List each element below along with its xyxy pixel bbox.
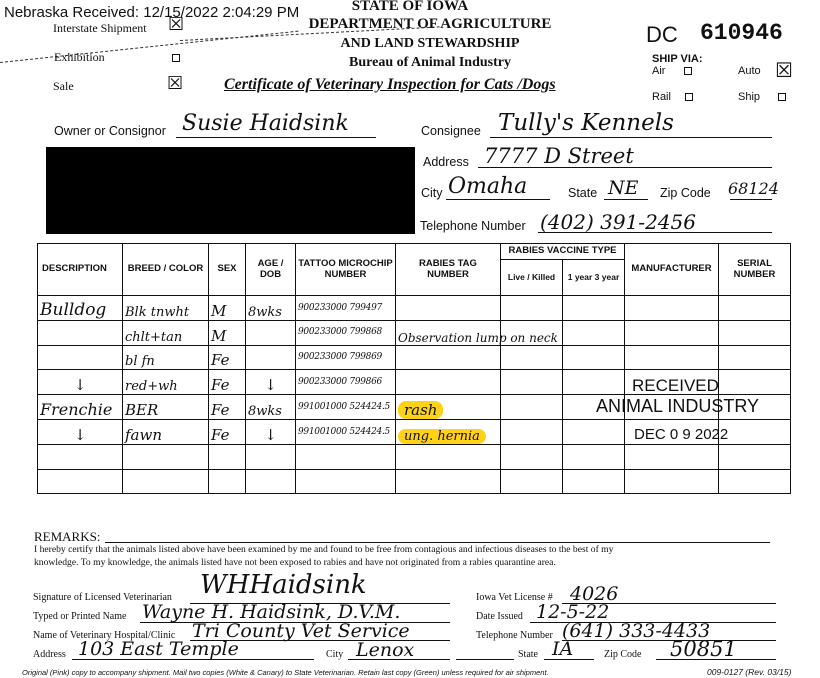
ship-auto-label: Auto bbox=[738, 65, 761, 77]
cell-microchip[interactable] bbox=[296, 444, 396, 469]
cell-microchip[interactable]: 991001000 524424.5 bbox=[296, 395, 396, 420]
cell-microchip[interactable] bbox=[296, 469, 396, 494]
cell-live-killed[interactable] bbox=[501, 296, 563, 321]
cell-age[interactable] bbox=[246, 444, 296, 469]
highlighted-note: rash bbox=[398, 401, 443, 419]
cell-serial[interactable] bbox=[719, 419, 791, 444]
consignee-city-label: City bbox=[421, 186, 443, 200]
vet-state-prefix-line bbox=[456, 659, 514, 660]
table-row: bl fn Fe 900233000 799869 bbox=[38, 345, 791, 370]
sale-checkbox[interactable]: ☒ bbox=[167, 75, 183, 93]
cell-rabies-tag[interactable] bbox=[396, 469, 501, 494]
state-title: STATE OF IOWA bbox=[330, 0, 490, 15]
consignee-zip-value[interactable]: 68124 bbox=[728, 181, 779, 197]
vet-address-value[interactable]: 103 East Temple bbox=[78, 640, 239, 659]
consignee-state-label: State bbox=[568, 186, 597, 200]
header-manufacturer: MANUFACTURER bbox=[625, 244, 719, 296]
document-number: 610946 bbox=[700, 20, 783, 46]
vet-state-value[interactable]: IA bbox=[552, 640, 573, 659]
cell-age[interactable] bbox=[246, 345, 296, 370]
cell-age[interactable] bbox=[246, 469, 296, 494]
consignee-field-line bbox=[490, 137, 772, 138]
consignee-zip-label: Zip Code bbox=[660, 186, 711, 200]
sale-label: Sale bbox=[53, 79, 74, 94]
vet-zip-value[interactable]: 50851 bbox=[670, 639, 737, 660]
exhibition-label: Exhibition bbox=[54, 50, 105, 65]
received-stamp-line-1: RECEIVED bbox=[632, 376, 719, 396]
cell-sex[interactable]: M bbox=[209, 296, 246, 321]
signature-value[interactable]: WHHaidsink bbox=[200, 572, 367, 598]
cell-live-killed[interactable] bbox=[501, 370, 563, 395]
cell-serial[interactable] bbox=[719, 444, 791, 469]
certification-text-line-1: I hereby certify that the animals listed… bbox=[34, 544, 613, 557]
animal-table: DESCRIPTION BREED / COLOR SEX AGE / DOB … bbox=[37, 243, 791, 494]
document-prefix: DC bbox=[646, 22, 678, 48]
cell-age[interactable]: ↓ bbox=[246, 419, 296, 444]
owner-label: Owner or Consignor bbox=[54, 124, 166, 138]
interstate-shipment-checkbox[interactable]: ☒ bbox=[168, 16, 184, 34]
cell-microchip[interactable]: 900233000 799869 bbox=[296, 345, 396, 370]
cell-breed-color[interactable]: Blk tnwht bbox=[123, 296, 209, 321]
cell-rabies-tag[interactable]: rash bbox=[396, 395, 501, 420]
cell-microchip[interactable]: 900233000 799497 bbox=[296, 296, 396, 321]
vet-city-label: City bbox=[326, 649, 343, 660]
cell-description[interactable] bbox=[38, 469, 123, 494]
cell-rabies-tag[interactable]: ung. hernia bbox=[396, 419, 501, 444]
received-stamp-date: DEC 0 9 2022 bbox=[634, 426, 728, 443]
cell-microchip[interactable]: 991001000 524424.5 bbox=[296, 419, 396, 444]
consignee-city-value[interactable]: Omaha bbox=[448, 176, 527, 198]
table-row: chlt+tan M 900233000 799868 Observation … bbox=[38, 320, 791, 345]
consignee-state-value[interactable]: NE bbox=[608, 179, 639, 198]
fax-received-timestamp: Nebraska Received: 12/15/2022 2:04:29 PM bbox=[4, 4, 299, 21]
cell-rabies-tag[interactable] bbox=[396, 370, 501, 395]
cell-serial[interactable] bbox=[719, 370, 791, 395]
interstate-shipment-label: Interstate Shipment bbox=[53, 21, 147, 36]
consignee-value[interactable]: Tully's Kennels bbox=[498, 112, 674, 135]
cell-sex[interactable]: M bbox=[209, 320, 246, 345]
cell-vaccine-year[interactable] bbox=[563, 370, 625, 395]
cell-rabies-tag[interactable]: Observation lump on neck bbox=[396, 320, 501, 345]
owner-field-line bbox=[176, 137, 376, 138]
vet-address-label: Address bbox=[33, 649, 66, 660]
cell-rabies-tag[interactable] bbox=[396, 296, 501, 321]
vet-zip-label: Zip Code bbox=[604, 649, 642, 660]
cell-live-killed[interactable] bbox=[501, 469, 563, 494]
cell-sex[interactable]: Fe bbox=[209, 419, 246, 444]
cell-breed-color[interactable]: fawn bbox=[123, 419, 209, 444]
header-sex: SEX bbox=[209, 244, 246, 296]
cell-live-killed[interactable] bbox=[501, 444, 563, 469]
cell-vaccine-year[interactable] bbox=[563, 320, 625, 345]
cell-serial[interactable] bbox=[719, 296, 791, 321]
cell-manufacturer[interactable] bbox=[625, 345, 719, 370]
received-stamp-line-2: ANIMAL INDUSTRY bbox=[596, 396, 759, 417]
header-breed-color: BREED / COLOR bbox=[123, 244, 209, 296]
date-issued-label: Date Issued bbox=[476, 611, 523, 622]
cell-vaccine-year[interactable] bbox=[563, 296, 625, 321]
cell-description[interactable]: ↓ bbox=[38, 370, 123, 395]
printed-name-label: Typed or Printed Name bbox=[33, 611, 126, 622]
cell-breed-color[interactable] bbox=[123, 469, 209, 494]
cell-live-killed[interactable] bbox=[501, 395, 563, 420]
cell-vaccine-year[interactable] bbox=[563, 345, 625, 370]
table-row: Bulldog Blk tnwht M 8wks 900233000 79949… bbox=[38, 296, 791, 321]
ship-rail-checkbox[interactable] bbox=[685, 93, 693, 101]
consignee-state-line bbox=[604, 199, 648, 200]
cell-rabies-tag[interactable] bbox=[396, 444, 501, 469]
ship-air-label: Air bbox=[652, 65, 665, 77]
vet-phone-label: Telephone Number bbox=[476, 630, 553, 641]
cell-sex[interactable] bbox=[209, 444, 246, 469]
cell-description[interactable]: ↓ bbox=[38, 419, 123, 444]
cell-vaccine-year[interactable] bbox=[563, 469, 625, 494]
header-vaccine-year: 1 year 3 year bbox=[563, 260, 625, 296]
highlighted-note: ung. hernia bbox=[398, 429, 486, 444]
table-row bbox=[38, 444, 791, 469]
consignee-address-label: Address bbox=[423, 155, 469, 169]
header-description: DESCRIPTION bbox=[38, 244, 123, 296]
cell-breed-color[interactable] bbox=[123, 444, 209, 469]
header-rabies-vaccine-type: RABIES VACCINE TYPE bbox=[501, 244, 625, 260]
vet-state-label: State bbox=[518, 649, 538, 660]
consignee-phone-label: Telephone Number bbox=[420, 219, 526, 233]
cell-serial[interactable] bbox=[719, 320, 791, 345]
cell-breed-color[interactable]: BER bbox=[123, 395, 209, 420]
cell-sex[interactable]: Fe bbox=[209, 345, 246, 370]
header-serial-number: SERIAL NUMBER bbox=[719, 244, 791, 296]
department-line-1: DEPARTMENT OF AGRICULTURE bbox=[280, 16, 580, 33]
remarks-line bbox=[105, 542, 770, 543]
cell-vaccine-year[interactable] bbox=[563, 444, 625, 469]
consignee-zip-line bbox=[730, 199, 772, 200]
consignee-phone-value[interactable]: (402) 391-2456 bbox=[540, 212, 696, 232]
cell-serial[interactable] bbox=[719, 345, 791, 370]
owner-value[interactable]: Susie Haidsink bbox=[182, 113, 349, 135]
cell-live-killed[interactable] bbox=[501, 345, 563, 370]
certification-text-line-2: knowledge. To my knowledge, the animals … bbox=[34, 557, 556, 570]
consignee-address-value[interactable]: 7777 D Street bbox=[484, 146, 634, 167]
ship-via-label: SHIP VIA: bbox=[652, 53, 703, 65]
certificate-title: Certificate of Veterinary Inspection for… bbox=[224, 76, 556, 94]
cell-age[interactable] bbox=[246, 320, 296, 345]
bureau-title: Bureau of Animal Industry bbox=[280, 55, 580, 71]
cell-manufacturer[interactable] bbox=[625, 320, 719, 345]
header-live-killed: Live / Killed bbox=[501, 260, 563, 296]
department-line-2: AND LAND STEWARDSHIP bbox=[280, 36, 580, 52]
cell-sex[interactable] bbox=[209, 469, 246, 494]
cell-age[interactable]: 8wks bbox=[246, 296, 296, 321]
form-number: 009-0127 (Rev. 03/15) bbox=[707, 667, 791, 677]
header-rabies-tag: RABIES TAG NUMBER bbox=[396, 244, 501, 296]
cell-age[interactable]: ↓ bbox=[246, 370, 296, 395]
cell-manufacturer[interactable] bbox=[625, 469, 719, 494]
exhibition-checkbox[interactable] bbox=[172, 54, 180, 62]
consignee-city-line bbox=[446, 199, 550, 200]
footer-instructions: Original (Pink) copy to accompany shipme… bbox=[22, 668, 549, 677]
cell-sex[interactable]: Fe bbox=[209, 370, 246, 395]
ship-air-checkbox[interactable] bbox=[684, 67, 692, 75]
vet-city-value[interactable]: Lenox bbox=[356, 641, 414, 660]
cell-breed-color[interactable]: red+wh bbox=[123, 370, 209, 395]
redacted-block bbox=[46, 147, 415, 234]
remarks-label: REMARKS: bbox=[34, 529, 100, 545]
ship-ship-checkbox[interactable] bbox=[778, 93, 786, 101]
cell-microchip[interactable]: 900233000 799866 bbox=[296, 370, 396, 395]
cell-breed-color[interactable]: chlt+tan bbox=[123, 320, 209, 345]
ship-rail-label: Rail bbox=[652, 91, 671, 103]
cell-serial[interactable] bbox=[719, 469, 791, 494]
cell-age[interactable]: 8wks bbox=[246, 395, 296, 420]
cell-vaccine-year[interactable] bbox=[563, 419, 625, 444]
cell-microchip[interactable]: 900233000 799868 bbox=[296, 320, 396, 345]
consignee-label: Consignee bbox=[421, 124, 481, 138]
cell-description[interactable]: Bulldog bbox=[38, 296, 123, 321]
cell-description[interactable] bbox=[38, 444, 123, 469]
cell-description[interactable]: Frenchie bbox=[38, 395, 123, 420]
ship-auto-checkbox[interactable]: ☒ bbox=[775, 60, 793, 80]
cell-description[interactable] bbox=[38, 345, 123, 370]
cell-sex[interactable]: Fe bbox=[209, 395, 246, 420]
cell-breed-color[interactable]: bl fn bbox=[123, 345, 209, 370]
header-tattoo-microchip: TATTOO MICROCHIP NUMBER bbox=[296, 244, 396, 296]
cell-live-killed[interactable] bbox=[501, 419, 563, 444]
cell-description[interactable] bbox=[38, 320, 123, 345]
cell-live-killed[interactable] bbox=[501, 320, 563, 345]
header-age-dob: AGE / DOB bbox=[246, 244, 296, 296]
ship-ship-label: Ship bbox=[738, 91, 760, 103]
table-row bbox=[38, 469, 791, 494]
cell-rabies-tag[interactable] bbox=[396, 345, 501, 370]
cell-manufacturer[interactable] bbox=[625, 296, 719, 321]
cell-manufacturer[interactable] bbox=[625, 444, 719, 469]
